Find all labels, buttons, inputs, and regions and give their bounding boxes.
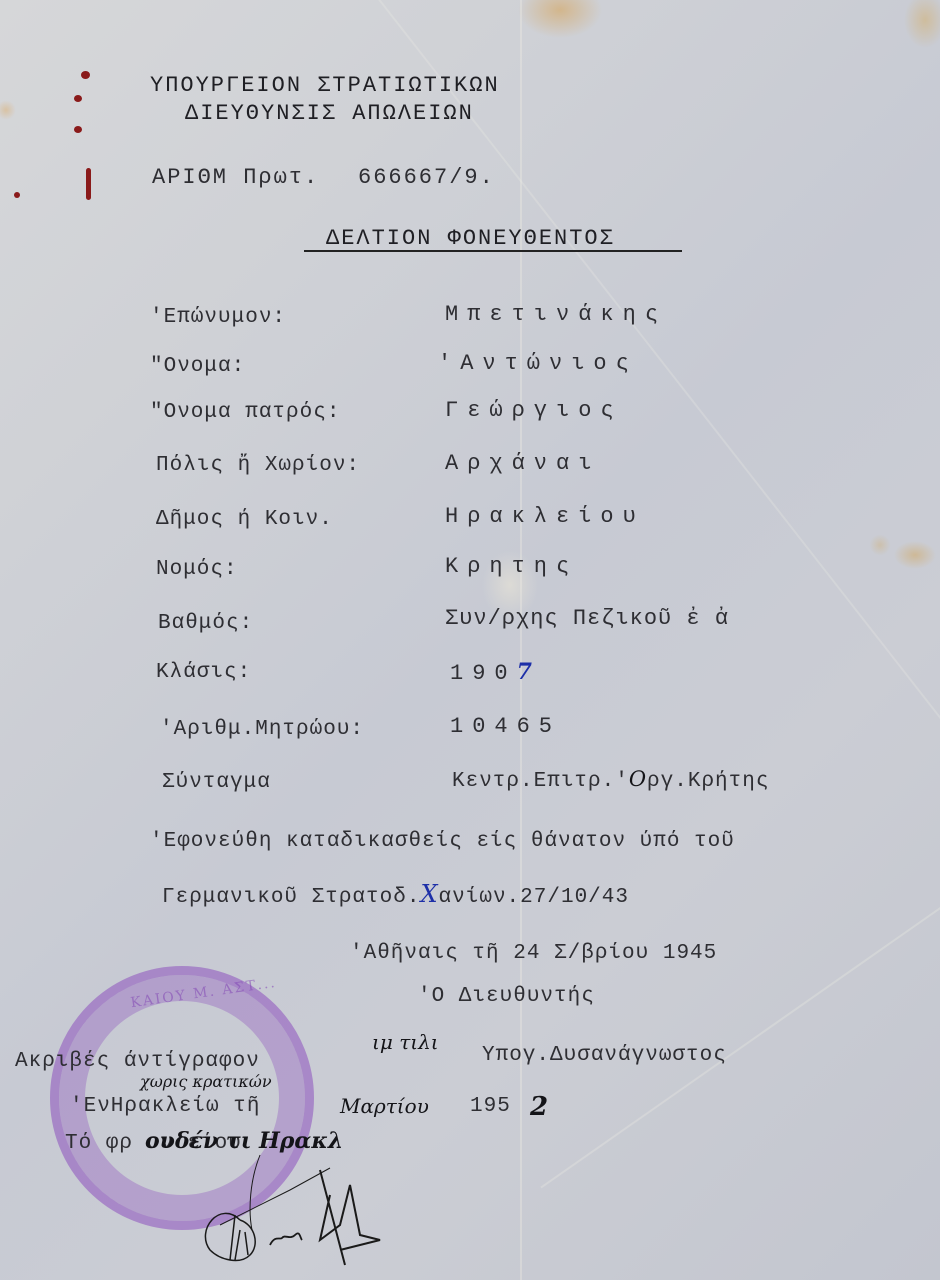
field-label-town: Πόλις ἤ Χωρίον: <box>156 454 360 477</box>
protocol-label: ΑΡΙΘΜ Πρωτ. <box>152 165 319 190</box>
place-and-date: 'Αθῆναις τῆ 24 Σ/βρίου 1945 <box>350 942 717 965</box>
field-label-prefecture: Νομός: <box>156 558 238 581</box>
statement-typed-a: Γερμανικοῦ Στρατοδ. <box>162 886 420 909</box>
class-typed-digits: 190 <box>450 661 517 686</box>
field-value-father-name: Γεώργιος <box>445 398 623 423</box>
signatory: Υπογ.Δυσανάγνωστος <box>482 1044 727 1067</box>
field-value-town: Αρχάναι <box>445 451 600 476</box>
department-header: ΔΙΕΥΘΥΝΣΙΣ ΑΠΩΛΕΙΩΝ <box>185 101 474 126</box>
field-value-municipality: Ηρακλείου <box>445 504 645 529</box>
document-title: ΔΕΛΤΙΟΝ ΦΟΝΕΥΘΕΝΤΟΣ <box>326 226 615 251</box>
stain-mark <box>86 168 91 200</box>
handwritten-year-digit: 2 <box>530 1092 548 1122</box>
handwritten-month: Μαρτίου <box>340 1094 429 1118</box>
field-label-rank: Βαθμός: <box>158 612 253 635</box>
field-value-surname: Μπετινάκης <box>445 302 667 327</box>
stain-mark <box>74 95 82 102</box>
field-label-surname: 'Επώνυμον: <box>150 306 286 329</box>
director-title: 'Ο Διευθυντής <box>418 985 595 1008</box>
death-statement-line2: Γερμανικοῦ Στρατοδ.Χανίων.27/10/43 <box>162 880 629 909</box>
handwritten-copy-note: ιμ τιλι <box>372 1030 439 1054</box>
field-value-name: 'Αντώνιος <box>438 351 638 376</box>
field-value-regiment: Κεντρ.Επιτρ.'Οργ.Κρήτης <box>452 767 769 793</box>
signature <box>200 1150 400 1280</box>
field-label-name: "Ονομα: <box>150 355 245 378</box>
regiment-typed-b: ργ.Κρήτης <box>647 770 769 793</box>
class-handwritten-digit: 7 <box>517 659 541 685</box>
stain-mark <box>81 71 90 79</box>
title-underline <box>304 250 682 252</box>
protocol-number: 666667/9. <box>358 165 495 190</box>
copy-place-date: 'ΕνΗρακλείω τῆ <box>70 1095 260 1118</box>
stain-mark <box>14 192 20 198</box>
field-value-registry-number: 10465 <box>450 714 561 739</box>
paper-crease <box>520 0 522 1280</box>
stain-mark <box>74 126 82 133</box>
field-label-father-name: "Ονομα πατρός: <box>150 401 340 424</box>
death-statement-line1: 'Εφονεύθη καταδικασθείς είς θάνατον ύπό … <box>150 830 735 853</box>
regiment-typed-a: Κεντρ.Επιτρ.' <box>452 770 629 793</box>
statement-typed-b: ανίων.27/10/43 <box>439 886 629 909</box>
copy-certification: Ακριβές άντίγραφον <box>15 1050 260 1073</box>
copy-year: 195 <box>470 1095 511 1118</box>
regiment-handwritten-letter: Ο <box>629 767 647 791</box>
ministry-header: ΥΠΟΥΡΓΕΙΟΝ ΣΤΡΑΤΙΩΤΙΚΩΝ <box>150 73 500 98</box>
field-value-rank: Συν/ρχης Πεζικοῦ ἐ ἀ <box>445 606 729 631</box>
statement-handwritten-letter: Χ <box>420 880 438 908</box>
field-label-municipality: Δῆμος ή Κοιν. <box>156 508 333 531</box>
field-value-class: 1907 <box>450 659 541 686</box>
handwritten-subnote: χωρις κρατικών <box>140 1072 272 1091</box>
field-label-regiment: Σύνταγμα <box>162 771 271 794</box>
field-label-class: Κλάσις: <box>156 661 251 684</box>
copy-place: 'ΕνΗρακλείω τῆ <box>70 1095 260 1118</box>
field-label-registry-number: 'Αριθμ.Μητρώου: <box>160 718 364 741</box>
field-value-prefecture: Κρητης <box>445 554 578 579</box>
